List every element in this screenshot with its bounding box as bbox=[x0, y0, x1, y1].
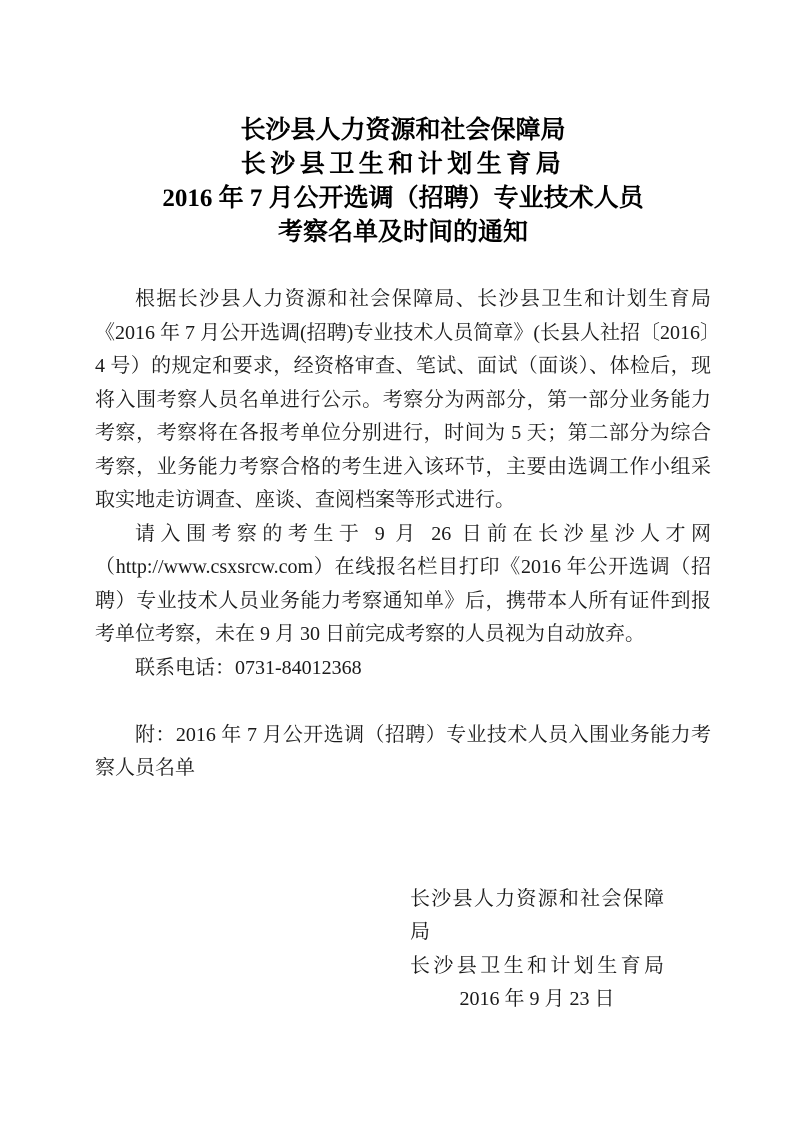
body-text-line: （http://www.csxsrcw.com）在线报名栏目打印《2016 年公… bbox=[95, 551, 711, 585]
notice-title: 长沙县人力资源和社会保障局长沙县卫生和计划生育局2016 年 7 月公开选调（招… bbox=[95, 114, 711, 250]
signature-line: 2016 年 9 月 23 日 bbox=[410, 983, 664, 1017]
paragraph-print-notice: 请入围考察的考生于 9 月 26 日前在长沙星沙人才网（http://www.c… bbox=[95, 518, 711, 652]
contact-phone-line: 联系电话：0731-84012368 bbox=[95, 652, 711, 686]
notice-document-page: 长沙县人力资源和社会保障局长沙县卫生和计划生育局2016 年 7 月公开选调（招… bbox=[0, 0, 793, 1123]
paragraph-examination-arrangement: 根据长沙县人力资源和社会保障局、长沙县卫生和计划生育局《2016 年 7 月公开… bbox=[95, 283, 711, 518]
signature-line: 长沙县卫生和计划生育局 bbox=[410, 950, 664, 984]
body-text-line: 请入围考察的考生于 9 月 26 日前在长沙星沙人才网 bbox=[95, 518, 711, 552]
body-text-line: 聘）专业技术人员业务能力考察通知单》后，携带本人所有证件到报 bbox=[95, 585, 711, 619]
notice-title-line: 2016 年 7 月公开选调（招聘）专业技术人员 bbox=[95, 182, 711, 216]
notice-body: 根据长沙县人力资源和社会保障局、长沙县卫生和计划生育局《2016 年 7 月公开… bbox=[95, 283, 711, 1017]
signature-line: 长沙县人力资源和社会保障局 bbox=[410, 883, 664, 950]
body-text-line: 将入围考察人员名单进行公示。考察分为两部分，第一部分业务能力 bbox=[95, 384, 711, 418]
body-text-line: 4 号）的规定和要求，经资格审查、笔试、面试（面谈）、体检后，现 bbox=[95, 350, 711, 384]
body-text-line: 《2016 年 7 月公开选调(招聘)专业技术人员简章》(长县人社招〔2016〕 bbox=[95, 317, 711, 351]
body-text-line: 取实地走访调查、座谈、查阅档案等形式进行。 bbox=[95, 484, 711, 518]
notice-title-line: 考察名单及时间的通知 bbox=[95, 216, 711, 250]
body-text-line: 考察，业务能力考察合格的考生进入该环节，主要由选调工作小组采 bbox=[95, 451, 711, 485]
attachment-text-line: 附：2016 年 7 月公开选调（招聘）专业技术人员入围业务能力考 bbox=[95, 719, 711, 753]
signature-block: 长沙县人力资源和社会保障局长沙县卫生和计划生育局2016 年 9 月 23 日 bbox=[410, 883, 664, 1017]
body-text-line: 考察，考察将在各报考单位分别进行，时间为 5 天；第二部分为综合 bbox=[95, 417, 711, 451]
body-text-line: 考单位考察，未在 9 月 30 日前完成考察的人员视为自动放弃。 bbox=[95, 618, 711, 652]
attachment-text-line: 察人员名单 bbox=[95, 752, 711, 786]
notice-title-line: 长沙县人力资源和社会保障局 bbox=[95, 114, 711, 148]
attachment-note: 附：2016 年 7 月公开选调（招聘）专业技术人员入围业务能力考察人员名单 bbox=[95, 719, 711, 786]
notice-title-line: 长沙县卫生和计划生育局 bbox=[95, 148, 711, 182]
body-text-line: 根据长沙县人力资源和社会保障局、长沙县卫生和计划生育局 bbox=[95, 283, 711, 317]
